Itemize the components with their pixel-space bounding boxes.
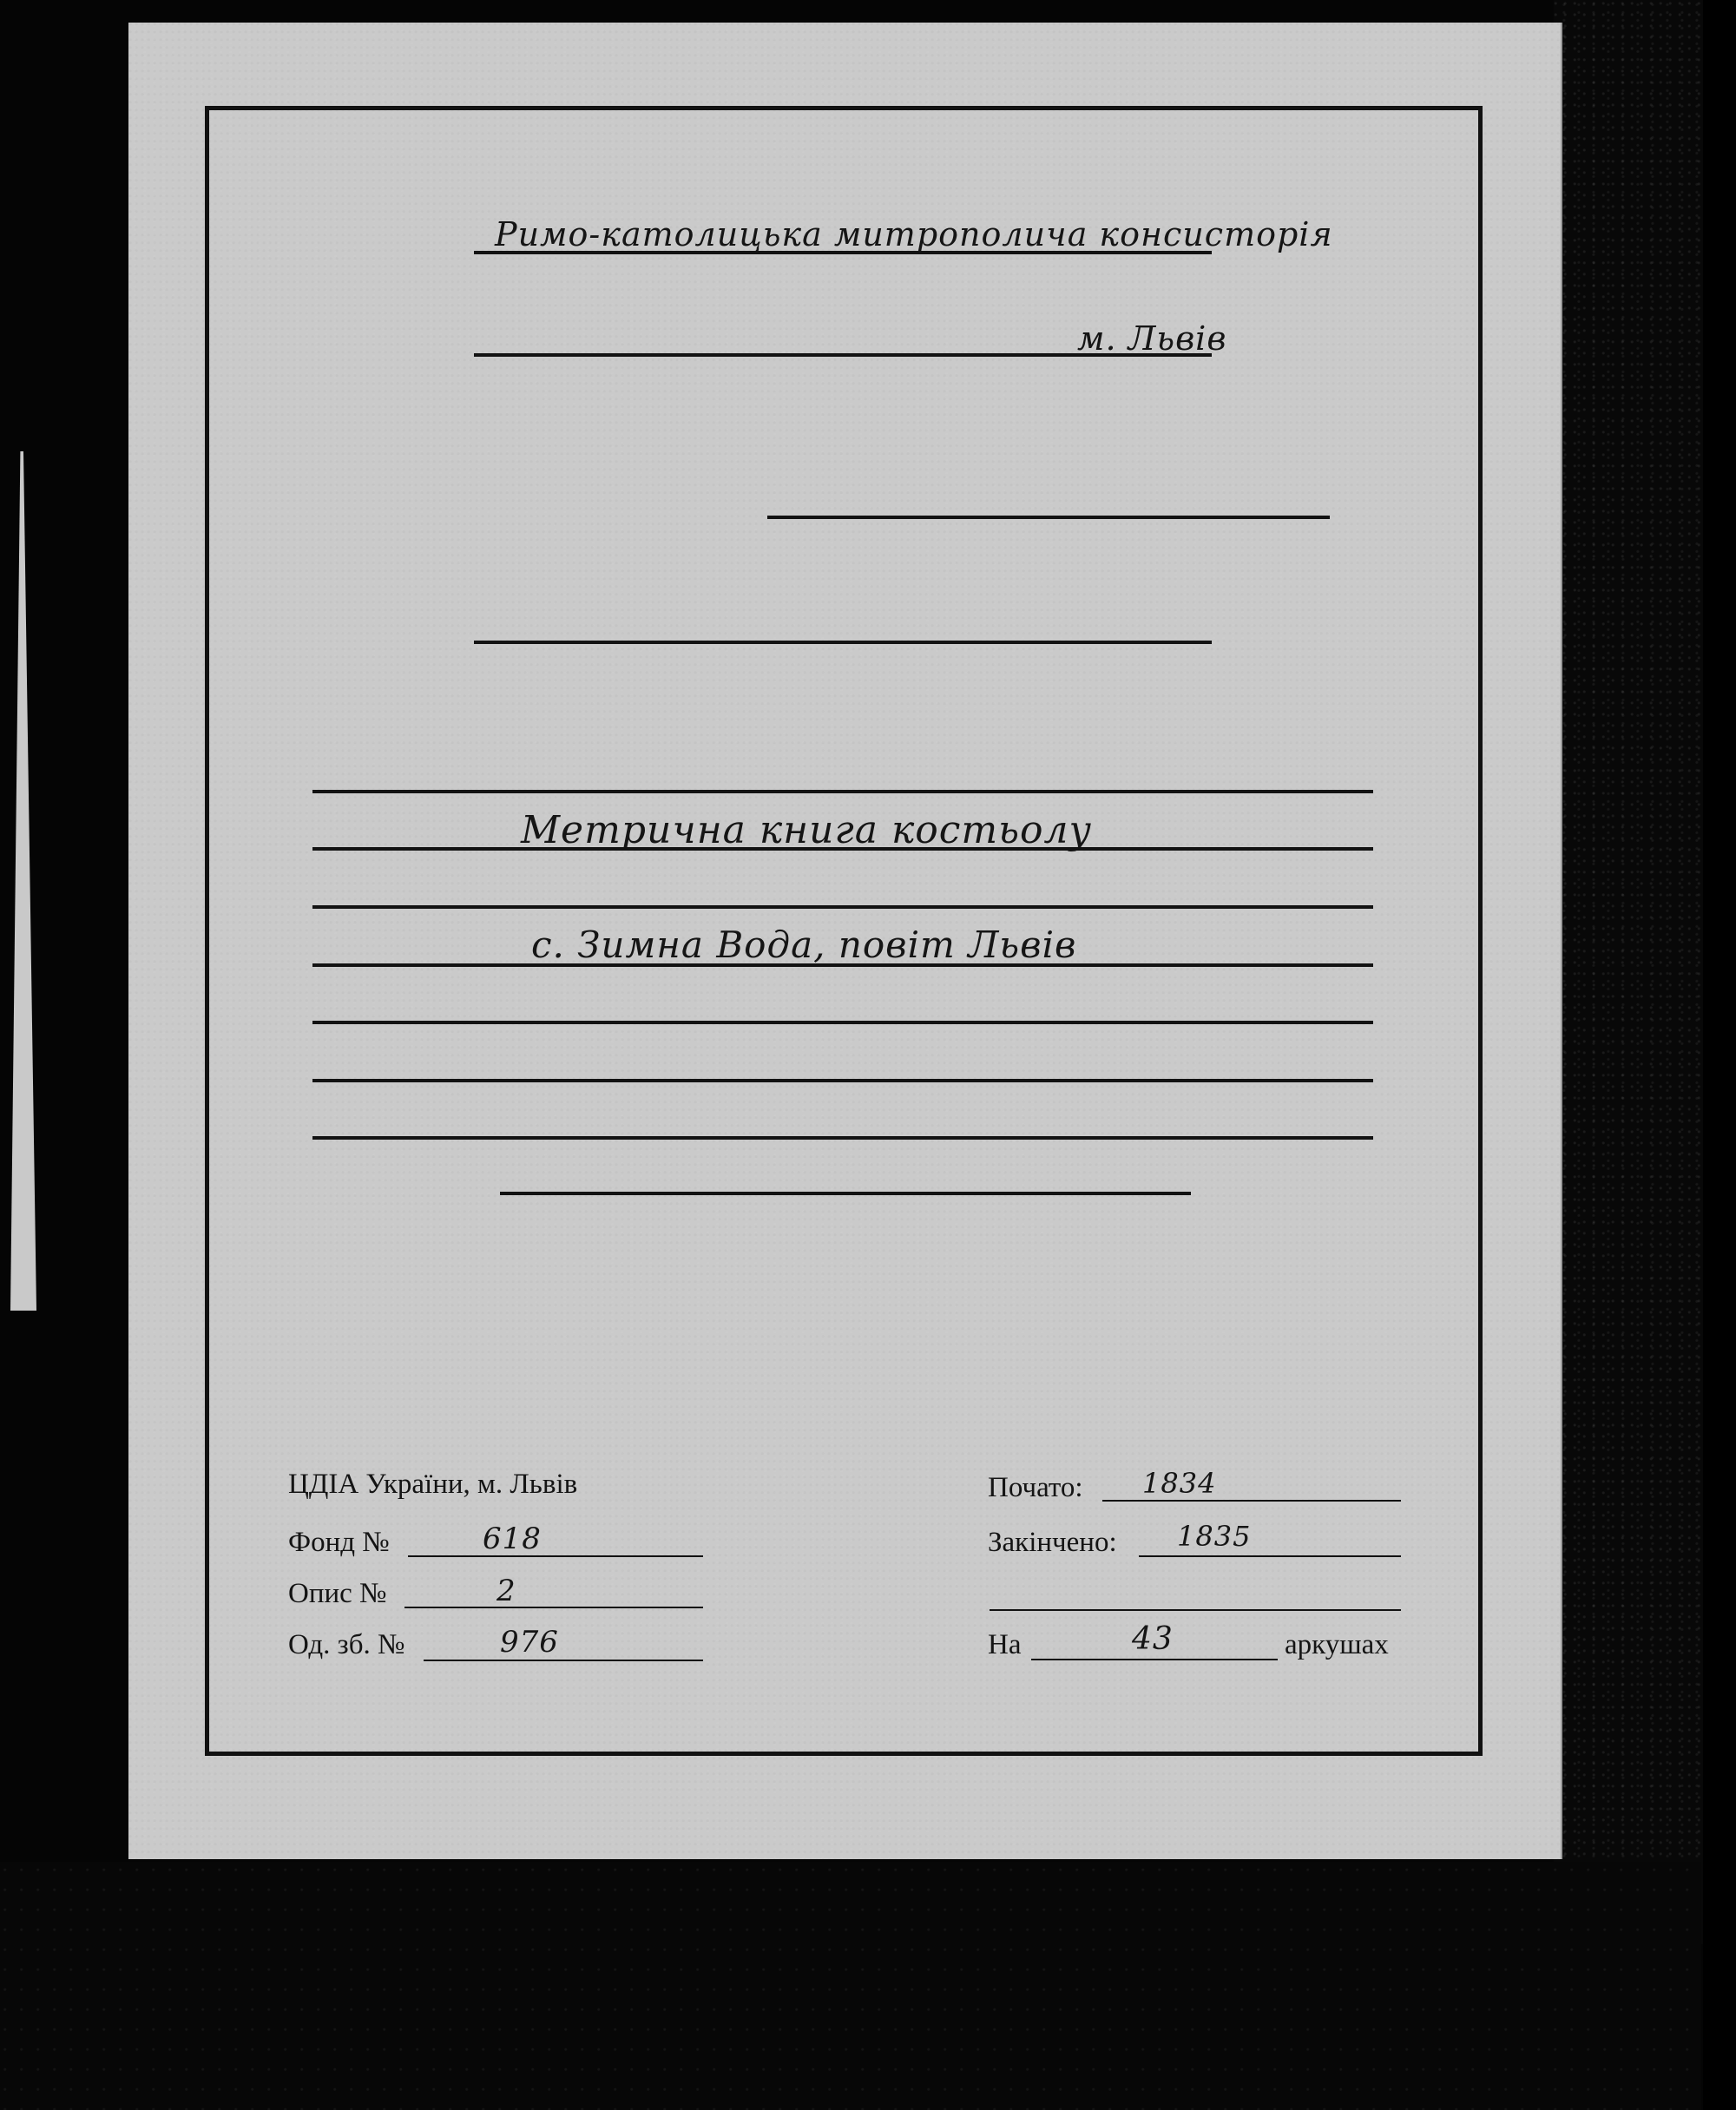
title-rule-7 [312, 1136, 1373, 1140]
scan-background-bottom [0, 1862, 1701, 2110]
blank-rule-2 [474, 641, 1212, 644]
adjacent-page-sliver [10, 451, 36, 1311]
finished-rule [1139, 1555, 1401, 1557]
archive-name: ЦДІА України, м. Львів [288, 1469, 577, 1501]
binding-background [1554, 0, 1706, 1944]
title-rule-1 [312, 790, 1373, 793]
sheets-prefix: На [988, 1629, 1021, 1661]
unit-value: 976 [500, 1625, 559, 1660]
title-rule-5 [312, 1021, 1373, 1024]
unit-label: Од. зб. № [288, 1629, 405, 1661]
opys-label: Опис № [288, 1578, 387, 1610]
opys-value: 2 [496, 1574, 516, 1608]
started-rule [1102, 1500, 1401, 1502]
title-line-1: Метрична книга костьолу [521, 808, 1092, 852]
started-value: 1834 [1142, 1467, 1216, 1500]
header-rule-1 [474, 251, 1212, 254]
fond-rule [408, 1555, 703, 1557]
sheets-value: 43 [1132, 1621, 1174, 1657]
blank-date-rule [990, 1609, 1401, 1611]
header-institution: Римо-католицька митрополича консисторія [495, 215, 1333, 253]
title-line-2: с. Зимна Вода, повіт Львів [531, 924, 1076, 966]
started-label: Почато: [988, 1472, 1083, 1504]
title-rule-6 [312, 1079, 1373, 1082]
sheets-suffix: аркушах [1285, 1629, 1389, 1661]
cover-page: Римо-католицька митрополича консисторія … [128, 23, 1561, 1859]
header-rule-2 [474, 353, 1212, 357]
title-rule-4 [312, 963, 1373, 967]
opys-rule [404, 1607, 703, 1608]
unit-rule [424, 1660, 703, 1661]
blank-rule-1 [767, 516, 1330, 519]
fond-label: Фонд № [288, 1527, 390, 1559]
sheets-rule [1031, 1659, 1278, 1660]
finished-value: 1835 [1177, 1520, 1251, 1553]
title-rule-short [500, 1192, 1191, 1195]
fond-value: 618 [483, 1522, 542, 1556]
header-city: м. Львів [1077, 319, 1226, 358]
title-rule-2 [312, 847, 1373, 851]
title-rule-3 [312, 905, 1373, 909]
finished-label: Закінчено: [988, 1527, 1117, 1559]
scan-edge [1703, 0, 1736, 2110]
